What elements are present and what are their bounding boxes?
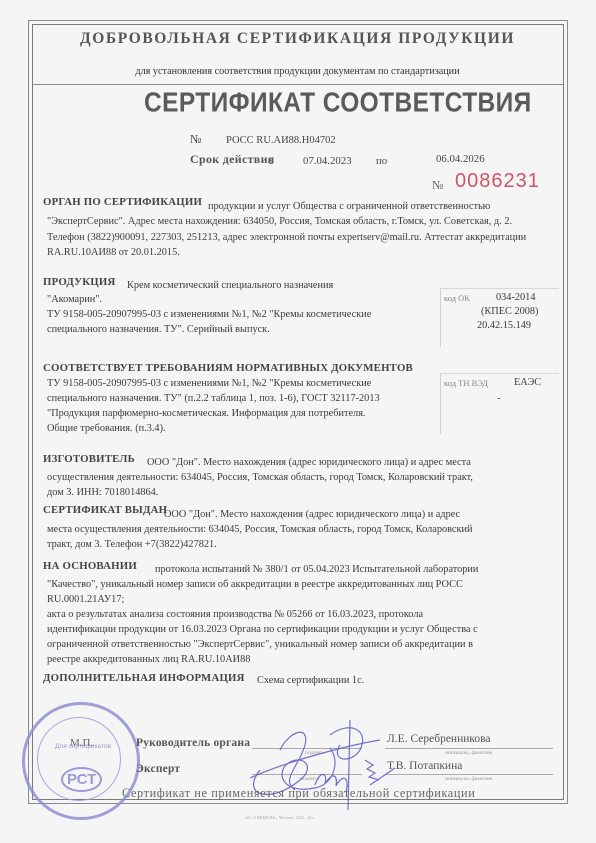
tnved-region: ЕАЭС [514,375,541,391]
product-line-1: "Акомарин". [47,292,102,308]
rst-logo-icon: РСТ [61,767,102,792]
product-first-line: Крем косметический специального назначен… [127,278,333,294]
product-line-2: ТУ 9158-005-20907995-03 с изменениями №1… [47,307,371,323]
certification-body-text: "ЭкспертСервис". Адрес места нахождения:… [47,214,545,261]
disclaimer-text: Сертификат не применяется при обязательн… [122,786,475,801]
product-code-number: 20.42.15.149 [477,318,531,334]
additional-info-text: Схема сертификации 1с. [257,673,364,689]
serial-number: 0086231 [455,170,540,193]
manufacturer-first-line: ООО "Дон". Место нахождения (адрес юриди… [147,455,471,471]
expert-role-label: Эксперт [136,763,180,775]
manufacturer-label: ИЗГОТОВИТЕЛЬ [43,453,135,465]
tnved-code-value: - [497,391,500,407]
stamp-place-label: М.П. [70,737,93,749]
validity-from-label: с [268,153,273,168]
expert-name-caption: инициалы, фамилия [445,776,492,782]
product-code-box: код ОК 034-2014 (КПЕС 2008) 20.42.15.149 [440,288,559,347]
basis-line-5: ограниченной ответственностью "ЭкспертСе… [47,637,473,653]
basis-line-6: реестре аккредитованных лиц RA.RU.10АИ88 [47,652,250,668]
head-name-caption: инициалы, фамилия [445,750,492,756]
certificate-heading: СЕРТИФИКАТ СООТВЕТСТВИЯ [144,88,532,119]
issued-to-line-2: тракт, дом 3. Телефон +7(3822)427821. [47,537,217,553]
validity-label: Срок действия [190,152,275,167]
header-title: ДОБРОВОЛЬНАЯ СЕРТИФИКАЦИЯ ПРОДУКЦИИ [32,30,563,48]
header-divider [32,84,563,85]
basis-line-1: "Качество", уникальный номер записи об а… [47,577,463,593]
issued-to-first-line: ООО "Дон". Место нахождения (адрес юриди… [164,507,460,523]
product-label: ПРОДУКЦИЯ [43,276,116,288]
tnved-code-label: код ТН ВЭД [444,378,488,388]
compliance-line-1: ТУ 9158-005-20907995-03 с изменениями №1… [47,376,371,392]
validity-to-label: по [376,155,387,167]
compliance-line-2: специального назначения. ТУ" (п.2.2 табл… [47,391,380,407]
issued-to-label: СЕРТИФИКАТ ВЫДАН [43,504,167,516]
basis-line-3: акта о результатах анализа состояния про… [47,607,423,623]
basis-line-2: RU.0001.21АУ17; [47,592,124,608]
compliance-line-4: Общие требования. (п.3.4). [47,421,166,437]
basis-label: НА ОСНОВАНИИ [43,560,137,572]
tnved-code-box: код ТН ВЭД ЕАЭС - [440,373,559,434]
basis-line-4: идентификации продукции от 16.03.2023 Ор… [47,622,478,638]
expert-name-line [385,774,553,775]
certificate-page: ДОБРОВОЛЬНАЯ СЕРТИФИКАЦИЯ ПРОДУКЦИИ для … [0,0,596,843]
serial-number-label: № [432,178,443,193]
head-name-line [385,748,553,749]
additional-info-label: ДОПОЛНИТЕЛЬНАЯ ИНФОРМАЦИЯ [43,672,245,684]
manufacturer-line-2: дом 3. ИНН: 7018014864. [47,485,158,501]
manufacturer-line-1: осуществления деятельности: 634045, Росс… [47,470,473,486]
printer-imprint: АО «ОПЦИОН», Москва, 2022, «Б» [245,815,314,820]
compliance-label: СООТВЕТСТВУЕТ ТРЕБОВАНИЯМ НОРМАТИВНЫХ ДО… [43,362,413,374]
reg-number: РОСС RU.АИ88.Н04702 [226,135,336,146]
compliance-line-3: "Продукция парфюмерно-косметическая. Инф… [47,406,366,422]
header-subtitle: для установления соответствия продукции … [32,66,563,77]
product-line-3: специального назначения. ТУ". Серийный в… [47,322,270,338]
handwritten-signature-icon [220,700,400,820]
organization-stamp: Для сертификатов РСТ [22,702,140,820]
basis-first-line: протокола испытаний № 380/1 от 05.04.202… [155,562,478,578]
product-code-label: код ОК [444,293,470,303]
issued-to-line-1: места осуществления деятельности: 634045… [47,522,473,538]
reg-number-label: № [190,132,201,147]
valid-to-date: 06.04.2026 [436,153,485,165]
certification-body-label: ОРГАН ПО СЕРТИФИКАЦИИ [43,196,202,208]
valid-from-date: 07.04.2023 [303,155,352,167]
head-name: Л.Е. Серебренникова [387,733,491,745]
certification-body-first-line: продукции и услуг Общества с ограниченно… [208,199,490,215]
